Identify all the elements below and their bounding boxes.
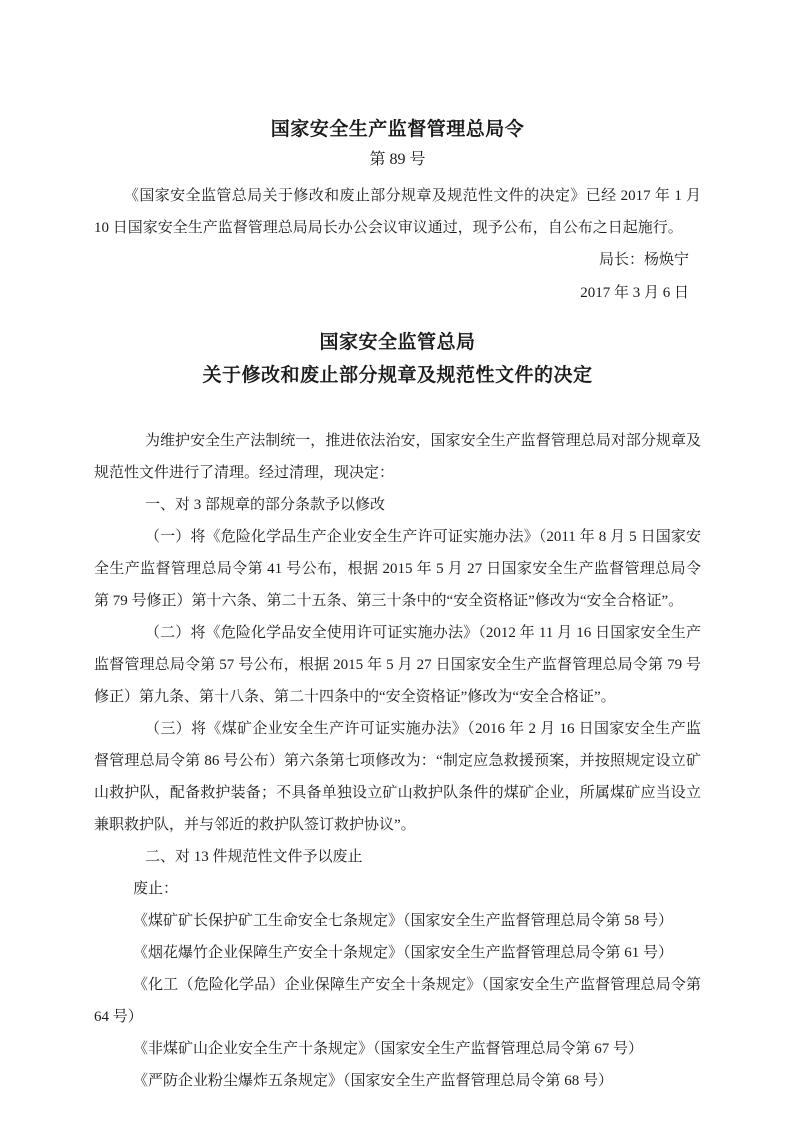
order-title: 国家安全生产监督管理总局令 <box>94 117 701 143</box>
revoked-regulation-item: 《化工（危险化学品）企业保障生产安全十条规定》（国家安全生产监督管理总局令第 6… <box>94 969 701 1033</box>
document-page: 国家安全生产监督管理总局令 第 89 号 《国家安全监管总局关于修改和废止部分规… <box>0 0 793 1122</box>
signer-line: 局长：杨焕宁 <box>94 244 701 277</box>
section-1-heading: 一、对 3 部规章的部分条款予以修改 <box>94 489 701 521</box>
order-body-paragraph: 《国家安全监管总局关于修改和废止部分规章及规范性文件的决定》已经 2017 年 … <box>94 180 701 244</box>
section-2-heading: 二、对 13 件规范性文件予以废止 <box>94 841 701 873</box>
decision-title-line2: 关于修改和废止部分规章及规范性文件的决定 <box>94 359 701 392</box>
revoked-regulation-item: 《非煤矿山企业安全生产十条规定》（国家安全生产监督管理总局令第 67 号） <box>94 1033 701 1065</box>
order-number: 第 89 号 <box>94 148 701 172</box>
amendment-item-2: （二）将《危险化学品安全使用许可证实施办法》（2012 年 11 月 16 日国… <box>94 617 701 713</box>
decision-body: 为维护安全生产法制统一，推进依法治安，国家安全生产监督管理总局对部分规章及规范性… <box>94 425 701 1097</box>
sign-date-line: 2017 年 3 月 6 日 <box>94 277 701 310</box>
repeal-label: 废止： <box>94 873 701 905</box>
amendment-item-1: （一）将《危险化学品生产企业安全生产许可证实施办法》（2011 年 8 月 5 … <box>94 521 701 617</box>
amendment-item-3: （三）将《煤矿企业安全生产许可证实施办法》（2016 年 2 月 16 日国家安… <box>94 713 701 841</box>
revoked-regulation-item: 《煤矿矿长保护矿工生命安全七条规定》（国家安全生产监督管理总局令第 58 号） <box>94 905 701 937</box>
intro-paragraph: 为维护安全生产法制统一，推进依法治安，国家安全生产监督管理总局对部分规章及规范性… <box>94 425 701 489</box>
revoked-regulation-item: 《严防企业粉尘爆炸五条规定》（国家安全生产监督管理总局令第 68 号） <box>94 1065 701 1097</box>
decision-title-line1: 国家安全监管总局 <box>94 326 701 359</box>
revoked-regulation-item: 《烟花爆竹企业保障生产安全十条规定》（国家安全生产监督管理总局令第 61 号） <box>94 937 701 969</box>
